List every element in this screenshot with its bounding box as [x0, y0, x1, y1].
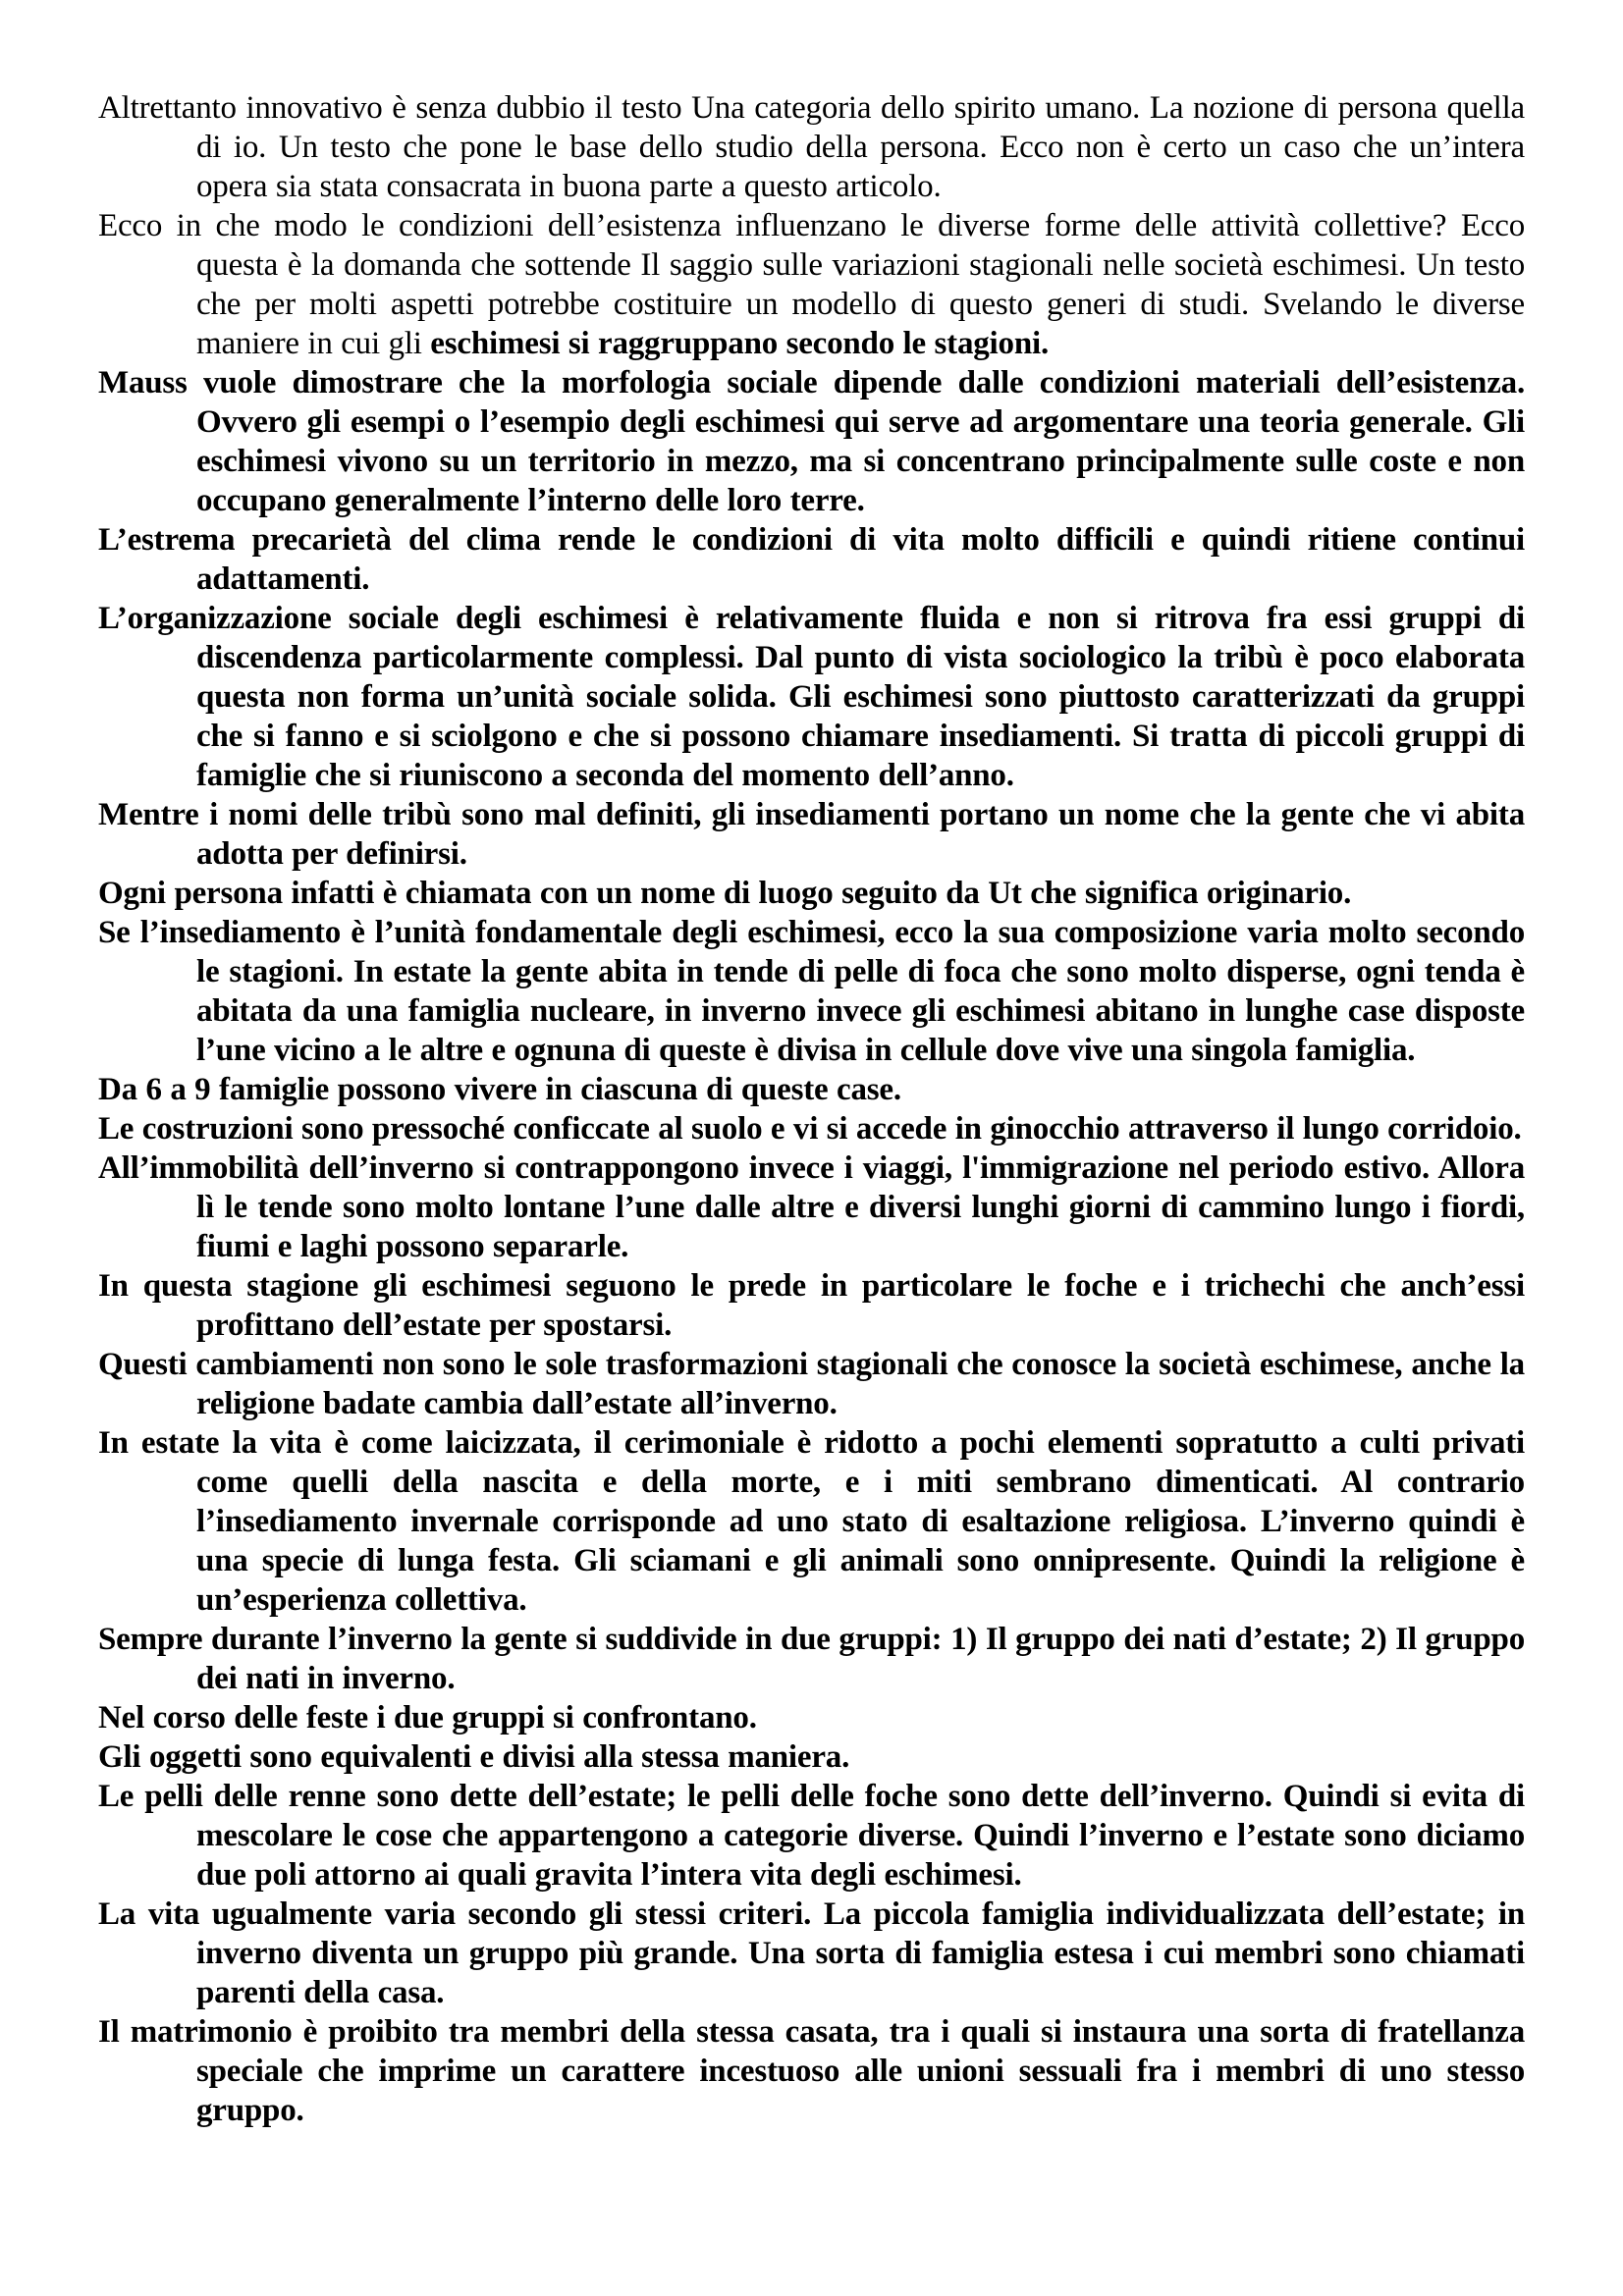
- bold-text-segment: Se l’insediamento è l’unità fondamentale…: [98, 915, 1525, 1068]
- bold-text-segment: L’estrema precarietà del clima rende le …: [98, 522, 1525, 597]
- paragraph: Mauss vuole dimostrare che la morfologia…: [98, 363, 1525, 520]
- bold-text-segment: Nel corso delle feste i due gruppi si co…: [98, 1700, 757, 1735]
- bold-text-segment: La vita ugualmente varia secondo gli ste…: [98, 1896, 1525, 2010]
- paragraph: La vita ugualmente varia secondo gli ste…: [98, 1895, 1525, 2012]
- bold-text-segment: Il matrimonio è proibito tra membri dell…: [98, 2014, 1525, 2128]
- paragraph: Gli oggetti sono equivalenti e divisi al…: [98, 1737, 1525, 1777]
- bold-text-segment: Questi cambiamenti non sono le sole tras…: [98, 1347, 1525, 1421]
- bold-text-segment: Da 6 a 9 famiglie possono vivere in cias…: [98, 1072, 901, 1107]
- bold-text-segment: In estate la vita è come laicizzata, il …: [98, 1425, 1525, 1618]
- paragraph: Mentre i nomi delle tribù sono mal defin…: [98, 795, 1525, 874]
- paragraph: Da 6 a 9 famiglie possono vivere in cias…: [98, 1070, 1525, 1109]
- paragraph: L’estrema precarietà del clima rende le …: [98, 520, 1525, 599]
- paragraph: Il matrimonio è proibito tra membri dell…: [98, 2012, 1525, 2130]
- bold-text-segment: Mauss vuole dimostrare che la morfologia…: [98, 365, 1525, 518]
- paragraph: In estate la vita è come laicizzata, il …: [98, 1423, 1525, 1620]
- bold-text-segment: Gli oggetti sono equivalenti e divisi al…: [98, 1739, 849, 1775]
- bold-text-segment: Mentre i nomi delle tribù sono mal defin…: [98, 797, 1525, 872]
- paragraph: Altrettanto innovativo è senza dubbio il…: [98, 88, 1525, 206]
- paragraph: Nel corso delle feste i due gruppi si co…: [98, 1698, 1525, 1737]
- paragraph: Le costruzioni sono pressoché conficcate…: [98, 1109, 1525, 1148]
- paragraph: Questi cambiamenti non sono le sole tras…: [98, 1345, 1525, 1423]
- paragraph: Ecco in che modo le condizioni dell’esis…: [98, 206, 1525, 363]
- paragraph: In questa stagione gli eschimesi seguono…: [98, 1266, 1525, 1345]
- paragraph: Ogni persona infatti è chiamata con un n…: [98, 874, 1525, 913]
- document-page: Altrettanto innovativo è senza dubbio il…: [0, 0, 1623, 2296]
- paragraph: Se l’insediamento è l’unità fondamentale…: [98, 913, 1525, 1070]
- bold-text-segment: Ogni persona infatti è chiamata con un n…: [98, 876, 1351, 911]
- bold-text-segment: In questa stagione gli eschimesi seguono…: [98, 1268, 1525, 1343]
- paragraph: Le pelli delle renne sono dette dell’est…: [98, 1777, 1525, 1895]
- paragraph: All’immobilità dell’inverno si contrappo…: [98, 1148, 1525, 1266]
- bold-text-segment: Le pelli delle renne sono dette dell’est…: [98, 1779, 1525, 1893]
- notes-text-block: Altrettanto innovativo è senza dubbio il…: [98, 88, 1525, 2130]
- bold-text-segment: eschimesi si raggruppano secondo le stag…: [430, 326, 1049, 361]
- bold-text-segment: Le costruzioni sono pressoché conficcate…: [98, 1111, 1522, 1147]
- text-segment: Altrettanto innovativo è senza dubbio il…: [98, 90, 1525, 204]
- bold-text-segment: All’immobilità dell’inverno si contrappo…: [98, 1150, 1525, 1264]
- paragraph: Sempre durante l’inverno la gente si sud…: [98, 1620, 1525, 1698]
- bold-text-segment: L’organizzazione sociale degli eschimesi…: [98, 601, 1525, 793]
- paragraph: L’organizzazione sociale degli eschimesi…: [98, 599, 1525, 795]
- bold-text-segment: Sempre durante l’inverno la gente si sud…: [98, 1622, 1525, 1696]
